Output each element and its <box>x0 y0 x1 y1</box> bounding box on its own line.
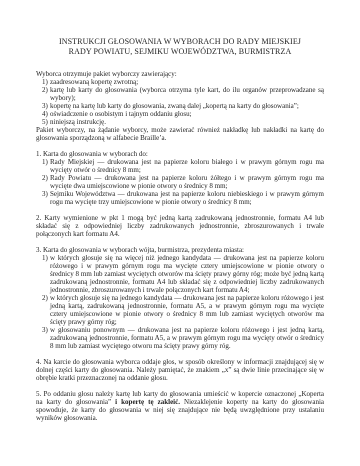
list-item-number: 1) <box>42 254 48 262</box>
list-item-number: 2) <box>42 294 48 302</box>
list-item-text: Rady Miejskiej — drukowana jest na papie… <box>50 158 324 174</box>
list-item-text: w których głosuje się na więcej niż jedn… <box>50 254 324 294</box>
list-item-text: Rady Powiatu — drukowana jest na papierz… <box>50 174 324 190</box>
list-item-text: niniejszą instrukcję. <box>50 118 106 126</box>
section-1-lead: 1. Karta do głosowania w wyborach do: <box>36 150 324 158</box>
section-5-lead: 5. Po oddaniu głosu należy kartę lub kar… <box>36 390 324 422</box>
document-title-line2: RADY POWIATU, SEJMIKU WOJEWÓDZTWA, BURMI… <box>36 47 324 57</box>
list-item: 1) zaadresowaną kopertę zwrotną; <box>36 78 324 86</box>
list-item-text: kopertę na kartę lub karty do głosowania… <box>50 102 299 110</box>
list-item: 3) Sejmiku Województwa — drukowana jest … <box>36 190 324 206</box>
document-page: INSTRUKCJI GŁOSOWANIA W WYBORACH DO RADY… <box>0 0 360 466</box>
list-item: 3) kopertę na kartę lub karty do głosowa… <box>36 102 324 110</box>
section-1: 1. Karta do głosowania w wyborach do: 1)… <box>36 150 324 206</box>
list-item: 3) w głosowaniu ponownym — drukowana jes… <box>36 326 324 350</box>
list-item-text: w których głosuje się na jednego kandyda… <box>50 294 324 326</box>
list-item: 4) oświadczenie o osobistym i tajnym odd… <box>36 110 324 118</box>
list-item-number: 5) <box>42 118 48 126</box>
list-item: 2) kartę lub karty do głosowania (wyborc… <box>36 86 324 102</box>
section-4: 4. Na karcie do głosowania wyborca oddaj… <box>36 358 324 382</box>
list-item: 2) Rady Powiatu — drukowana jest na papi… <box>36 174 324 190</box>
document-title: INSTRUKCJI GŁOSOWANIA W WYBORACH DO RADY… <box>36 37 324 57</box>
list-item: 2) w których głosuje się na jednego kand… <box>36 294 324 326</box>
list-item-text: oświadczenie o osobistym i tajnym oddani… <box>50 110 192 118</box>
list-item-text: w głosowaniu ponownym — drukowana jest n… <box>50 326 324 350</box>
list-item-text: Sejmiku Województwa — drukowana jest na … <box>50 190 324 206</box>
list-item-number: 1) <box>42 78 48 86</box>
list-item-number: 2) <box>42 86 48 94</box>
list-item-text: kartę lub karty do głosowania (wyborca o… <box>50 86 324 102</box>
document-title-line1: INSTRUKCJI GŁOSOWANIA W WYBORACH DO RADY… <box>36 37 324 47</box>
list-item-number: 2) <box>42 174 48 182</box>
section-2: 2. Karty wymienione w pkt 1 mogą być jed… <box>36 214 324 238</box>
list-item-number: 4) <box>42 110 48 118</box>
section-5: 5. Po oddaniu głosu należy kartę lub kar… <box>36 390 324 422</box>
list-item-number: 3) <box>42 190 48 198</box>
section-4-lead: 4. Na karcie do głosowania wyborca oddaj… <box>36 358 324 382</box>
list-item-number: 1) <box>42 158 48 166</box>
list-item-text: zaadresowaną kopertę zwrotną; <box>50 78 138 86</box>
section-3: 3. Karta do głosowania w wyborach wójta,… <box>36 246 324 350</box>
document-content: INSTRUKCJI GŁOSOWANIA W WYBORACH DO RADY… <box>0 0 360 422</box>
section-3-lead: 3. Karta do głosowania w wyborach wójta,… <box>36 246 324 254</box>
list-item-number: 3) <box>42 102 48 110</box>
list-item: 5) niniejszą instrukcję. <box>36 118 324 126</box>
list-item-number: 3) <box>42 326 48 334</box>
section-2-lead: 2. Karty wymienione w pkt 1 mogą być jed… <box>36 214 324 238</box>
intro-note: Pakiet wyborczy, na żądanie wyborcy, moż… <box>36 126 324 142</box>
list-item: 1) w których głosuje się na więcej niż j… <box>36 254 324 294</box>
list-item: 1) Rady Miejskiej — drukowana jest na pa… <box>36 158 324 174</box>
section-5-text-bold: i kopertę tę zakleić. <box>115 398 180 406</box>
intro-lead: Wyborca otrzymuje pakiet wyborczy zawier… <box>36 70 324 78</box>
